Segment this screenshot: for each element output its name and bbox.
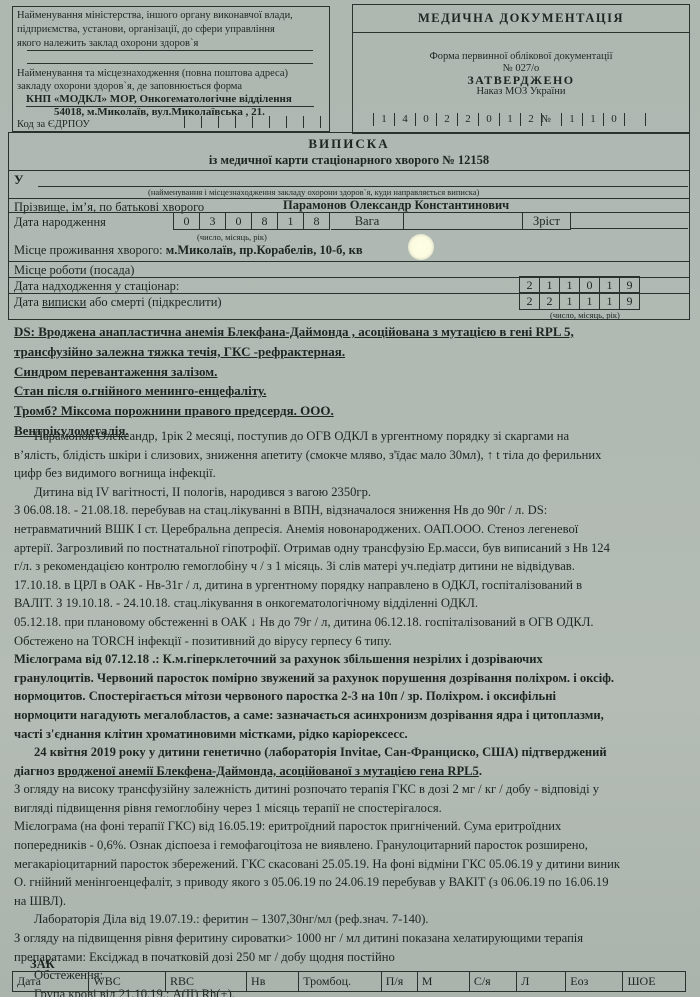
history-line: О. гнійний менінгоенцефаліт, з приводу я… — [14, 873, 696, 892]
history-line: З 06.08.18. - 21.08.18. перебував на ста… — [14, 501, 696, 520]
order-label: Наказ МОЗ України — [352, 87, 690, 98]
history-line: 17.10.18. в ЦРЛ в ОАК - Нв-31г / л, дити… — [14, 576, 696, 595]
discharge-label-pre: Дата — [14, 295, 42, 309]
zak-column-header: Нв — [247, 972, 299, 992]
diagnosis-line: Тромб? Міксома порожнини правого предсер… — [14, 401, 696, 421]
height-label: Зріст — [533, 214, 560, 228]
date-digit: 0 — [173, 212, 199, 230]
diagnosis-line: DS: Вроджена анапластична анемія Блекфан… — [14, 322, 696, 342]
history-line: попередників - 0,6%. Ознак діспоеза і ге… — [14, 836, 696, 855]
form-code-digit: 2 — [457, 113, 478, 126]
history-line: Парамонов Олександр, 1рік 2 месяці, пост… — [14, 427, 696, 446]
zak-column-header: П/я — [381, 972, 417, 992]
history-line: в’ялість, блідість шкіри і слизових, зни… — [14, 446, 696, 465]
date-digit: 1 — [559, 292, 579, 310]
form-number-digit: 1 — [582, 113, 603, 126]
history-block: Парамонов Олександр, 1рік 2 месяці, пост… — [14, 427, 696, 997]
height-value[interactable] — [571, 212, 688, 229]
document-subtitle: із медичної карти стаціонарного хворого … — [8, 154, 690, 167]
institution-label-1: Найменування та місцезнаходження (повна … — [17, 69, 288, 80]
form-code-digit: 0 — [478, 113, 499, 126]
residence-label: Місце проживання хворого: м.Миколаїв, пр… — [14, 244, 363, 257]
discharge-date-boxes: 221119 — [519, 292, 640, 310]
institution-label-2: закладу охорони здоров`я, де заповнюєтьс… — [17, 82, 242, 93]
form-code-digit: 4 — [394, 113, 415, 126]
history-line: на ШВЛ). — [14, 892, 696, 911]
diagnosis-line: Стан після о.гнійного менинго-енцефаліту… — [14, 381, 696, 401]
form-number-digit: 1 — [561, 113, 582, 126]
weight-label: Вага — [355, 214, 380, 228]
zak-header-row: ДатаWBCRBCНвТромбоц.П/яМС/яЛЕозШОЕ — [13, 972, 686, 992]
institution-name: КНП «МОДКЛ» МОР, Онкогематологічне відді… — [26, 94, 292, 105]
birth-label: Дата народження — [14, 216, 106, 229]
residence-value: м.Миколаїв, пр.Корабелів, 10-б, кв — [166, 243, 363, 257]
approved-label: ЗАТВЕРДЖЕНО — [352, 74, 690, 86]
ministry-label-1: Найменування міністерства, іншого органу… — [17, 11, 293, 22]
date-digit: 9 — [619, 292, 640, 310]
zak-column-header: Дата — [13, 972, 89, 992]
history-line: 24 квітня 2019 року у дитини генетично (… — [14, 743, 696, 762]
form-number-digit — [624, 113, 646, 126]
history-line: часті з'єднання клітин хроматиновими міс… — [14, 725, 696, 744]
med-doc-title: МЕДИЧНА ДОКУМЕНТАЦІЯ — [352, 12, 690, 25]
form-code-digit: 2 — [436, 113, 457, 126]
date-digit: 2 — [519, 292, 539, 310]
zak-column-header: RBC — [165, 972, 246, 992]
birth-date-caption: (число, місяць, рік) — [197, 233, 267, 242]
to-caption: (найменування і місцезнаходження закладу… — [148, 188, 479, 197]
edrpou-boxes[interactable] — [184, 116, 321, 130]
history-line: З огляду на високу трансфузійну залежніс… — [14, 780, 696, 799]
history-line: г/л. з рекомендацією контролю гемоглобін… — [14, 557, 696, 576]
zak-column-header: ШОЕ — [623, 972, 686, 992]
zak-column-header: М — [417, 972, 469, 992]
history-text: діагноз — [14, 764, 58, 778]
zak-column-header: WBC — [89, 972, 166, 992]
form-code-digit: 1 — [499, 113, 520, 126]
birth-date-boxes: 030818 — [173, 212, 330, 230]
history-underlined-diagnosis: вродженої анемії Блекфена-Даймонда, асоц… — [58, 764, 479, 778]
history-line: гранулоцитів. Червоний паросток помірно … — [14, 669, 696, 688]
date-digit: 3 — [199, 212, 225, 230]
date-digit: 2 — [539, 292, 559, 310]
patient-name: Парамонов Олександр Константинович — [283, 199, 509, 212]
history-line: ВАЛІТ. З 19.10.18. - 24.10.18. стац.ліку… — [14, 594, 696, 613]
diagnosis-block: DS: Вроджена анапластична анемія Блекфан… — [14, 322, 696, 441]
date-digit: 1 — [277, 212, 303, 230]
history-line: препаратами: Ексіджад в початковій дозі … — [14, 948, 696, 967]
history-line: цифр без видимого вогнища інфекції. — [14, 464, 696, 483]
history-line: Обстежено на TORCH інфекції - позитивний… — [14, 632, 696, 651]
history-line: Лабораторія Діла від 19.07.19.: феритин … — [14, 910, 696, 929]
date-digit: 1 — [579, 292, 599, 310]
history-line: Мієлограма від 07.12.18 .: К.м.гіперклет… — [14, 650, 696, 669]
form-code-boxes: 14022012 — [373, 113, 542, 127]
history-line: нормоцитов. Спостерігається мітози черво… — [14, 687, 696, 706]
to-label: У — [14, 173, 24, 186]
discharge-date-caption: (число, місяць, рік) — [550, 311, 620, 320]
form-number-boxes: 110 — [561, 113, 646, 127]
history-line: артерії. Загрозливий по постнатальної гі… — [14, 539, 696, 558]
residence-divider — [8, 261, 690, 262]
edrpou-label: Код за ЄДРПОУ — [17, 120, 90, 131]
zak-column-header: Л — [517, 972, 566, 992]
discharge-document: Найменування міністерства, іншого органу… — [0, 0, 700, 997]
ministry-underline-2 — [27, 63, 313, 64]
admission-label: Дата надходження у стаціонар: — [14, 280, 179, 293]
form-label: Форма первинної облікової документації — [352, 52, 690, 63]
weight-cell: Вага — [331, 212, 404, 230]
form-code-digit: 0 — [415, 113, 436, 126]
title-divider — [8, 170, 690, 171]
history-line: З огляду на підвищення рівня феритину си… — [14, 929, 696, 948]
form-code-digit: 1 — [373, 113, 394, 126]
history-text: . — [479, 764, 482, 778]
date-digit: 8 — [251, 212, 277, 230]
ministry-label-2: підприємства, установи, організації, до … — [17, 25, 275, 36]
date-digit: 0 — [225, 212, 251, 230]
date-digit: 1 — [599, 292, 619, 310]
zak-title: ЗАК — [30, 958, 55, 971]
history-line: нормоцити нагадують мегалобластов, а сам… — [14, 706, 696, 725]
discharge-label-post: або смерті (підкреслити) — [86, 295, 221, 309]
ministry-underline — [27, 50, 313, 51]
zak-column-header: С/я — [469, 972, 516, 992]
history-line: Мієлограма (на фоні терапії ГКС) від 16.… — [14, 817, 696, 836]
history-line: вигляді підвищення рівня гемоглобіну чер… — [14, 799, 696, 818]
ministry-label-3: якого належить заклад охорони здоров`я — [17, 39, 198, 50]
residence-label-text: Місце проживання хворого: — [14, 243, 163, 257]
camera-glare — [408, 234, 434, 260]
document-title: ВИПИСКА — [8, 137, 690, 150]
form-number-digit: 0 — [603, 113, 624, 126]
history-line: мегакаріоцитарний паросток збережений. Г… — [14, 855, 696, 874]
weight-value[interactable] — [404, 212, 523, 230]
diagnosis-line: трансфузійно залежна тяжка течія, ГКС -р… — [14, 342, 696, 362]
date-digit: 8 — [303, 212, 330, 230]
zak-column-header: Еоз — [566, 972, 623, 992]
height-cell: Зріст — [523, 212, 571, 230]
zak-column-header: Тромбоц. — [299, 972, 381, 992]
work-label: Місце роботи (посада) — [14, 264, 134, 277]
history-line: діагноз вродженої анемії Блекфена-Даймон… — [14, 762, 696, 781]
history-line: нетравматичний ВШК І ст. Церебральна деп… — [14, 520, 696, 539]
zak-table: ДатаWBCRBCНвТромбоц.П/яМС/яЛЕозШОЕ — [12, 971, 686, 992]
discharge-label-underlined: виписки — [42, 295, 86, 309]
history-line: 05.12.18. при плановому обстеженні в ОАК… — [14, 613, 696, 632]
history-line: Дитина від IV вагітності, II пологів, на… — [14, 483, 696, 502]
discharge-label: Дата виписки або смерті (підкреслити) — [14, 296, 222, 309]
diagnosis-line: Синдром перевантаження залізом. — [14, 362, 696, 382]
number-sign: № — [541, 115, 551, 126]
form-code-digit: 2 — [520, 113, 542, 126]
header-right-divider — [352, 32, 689, 33]
